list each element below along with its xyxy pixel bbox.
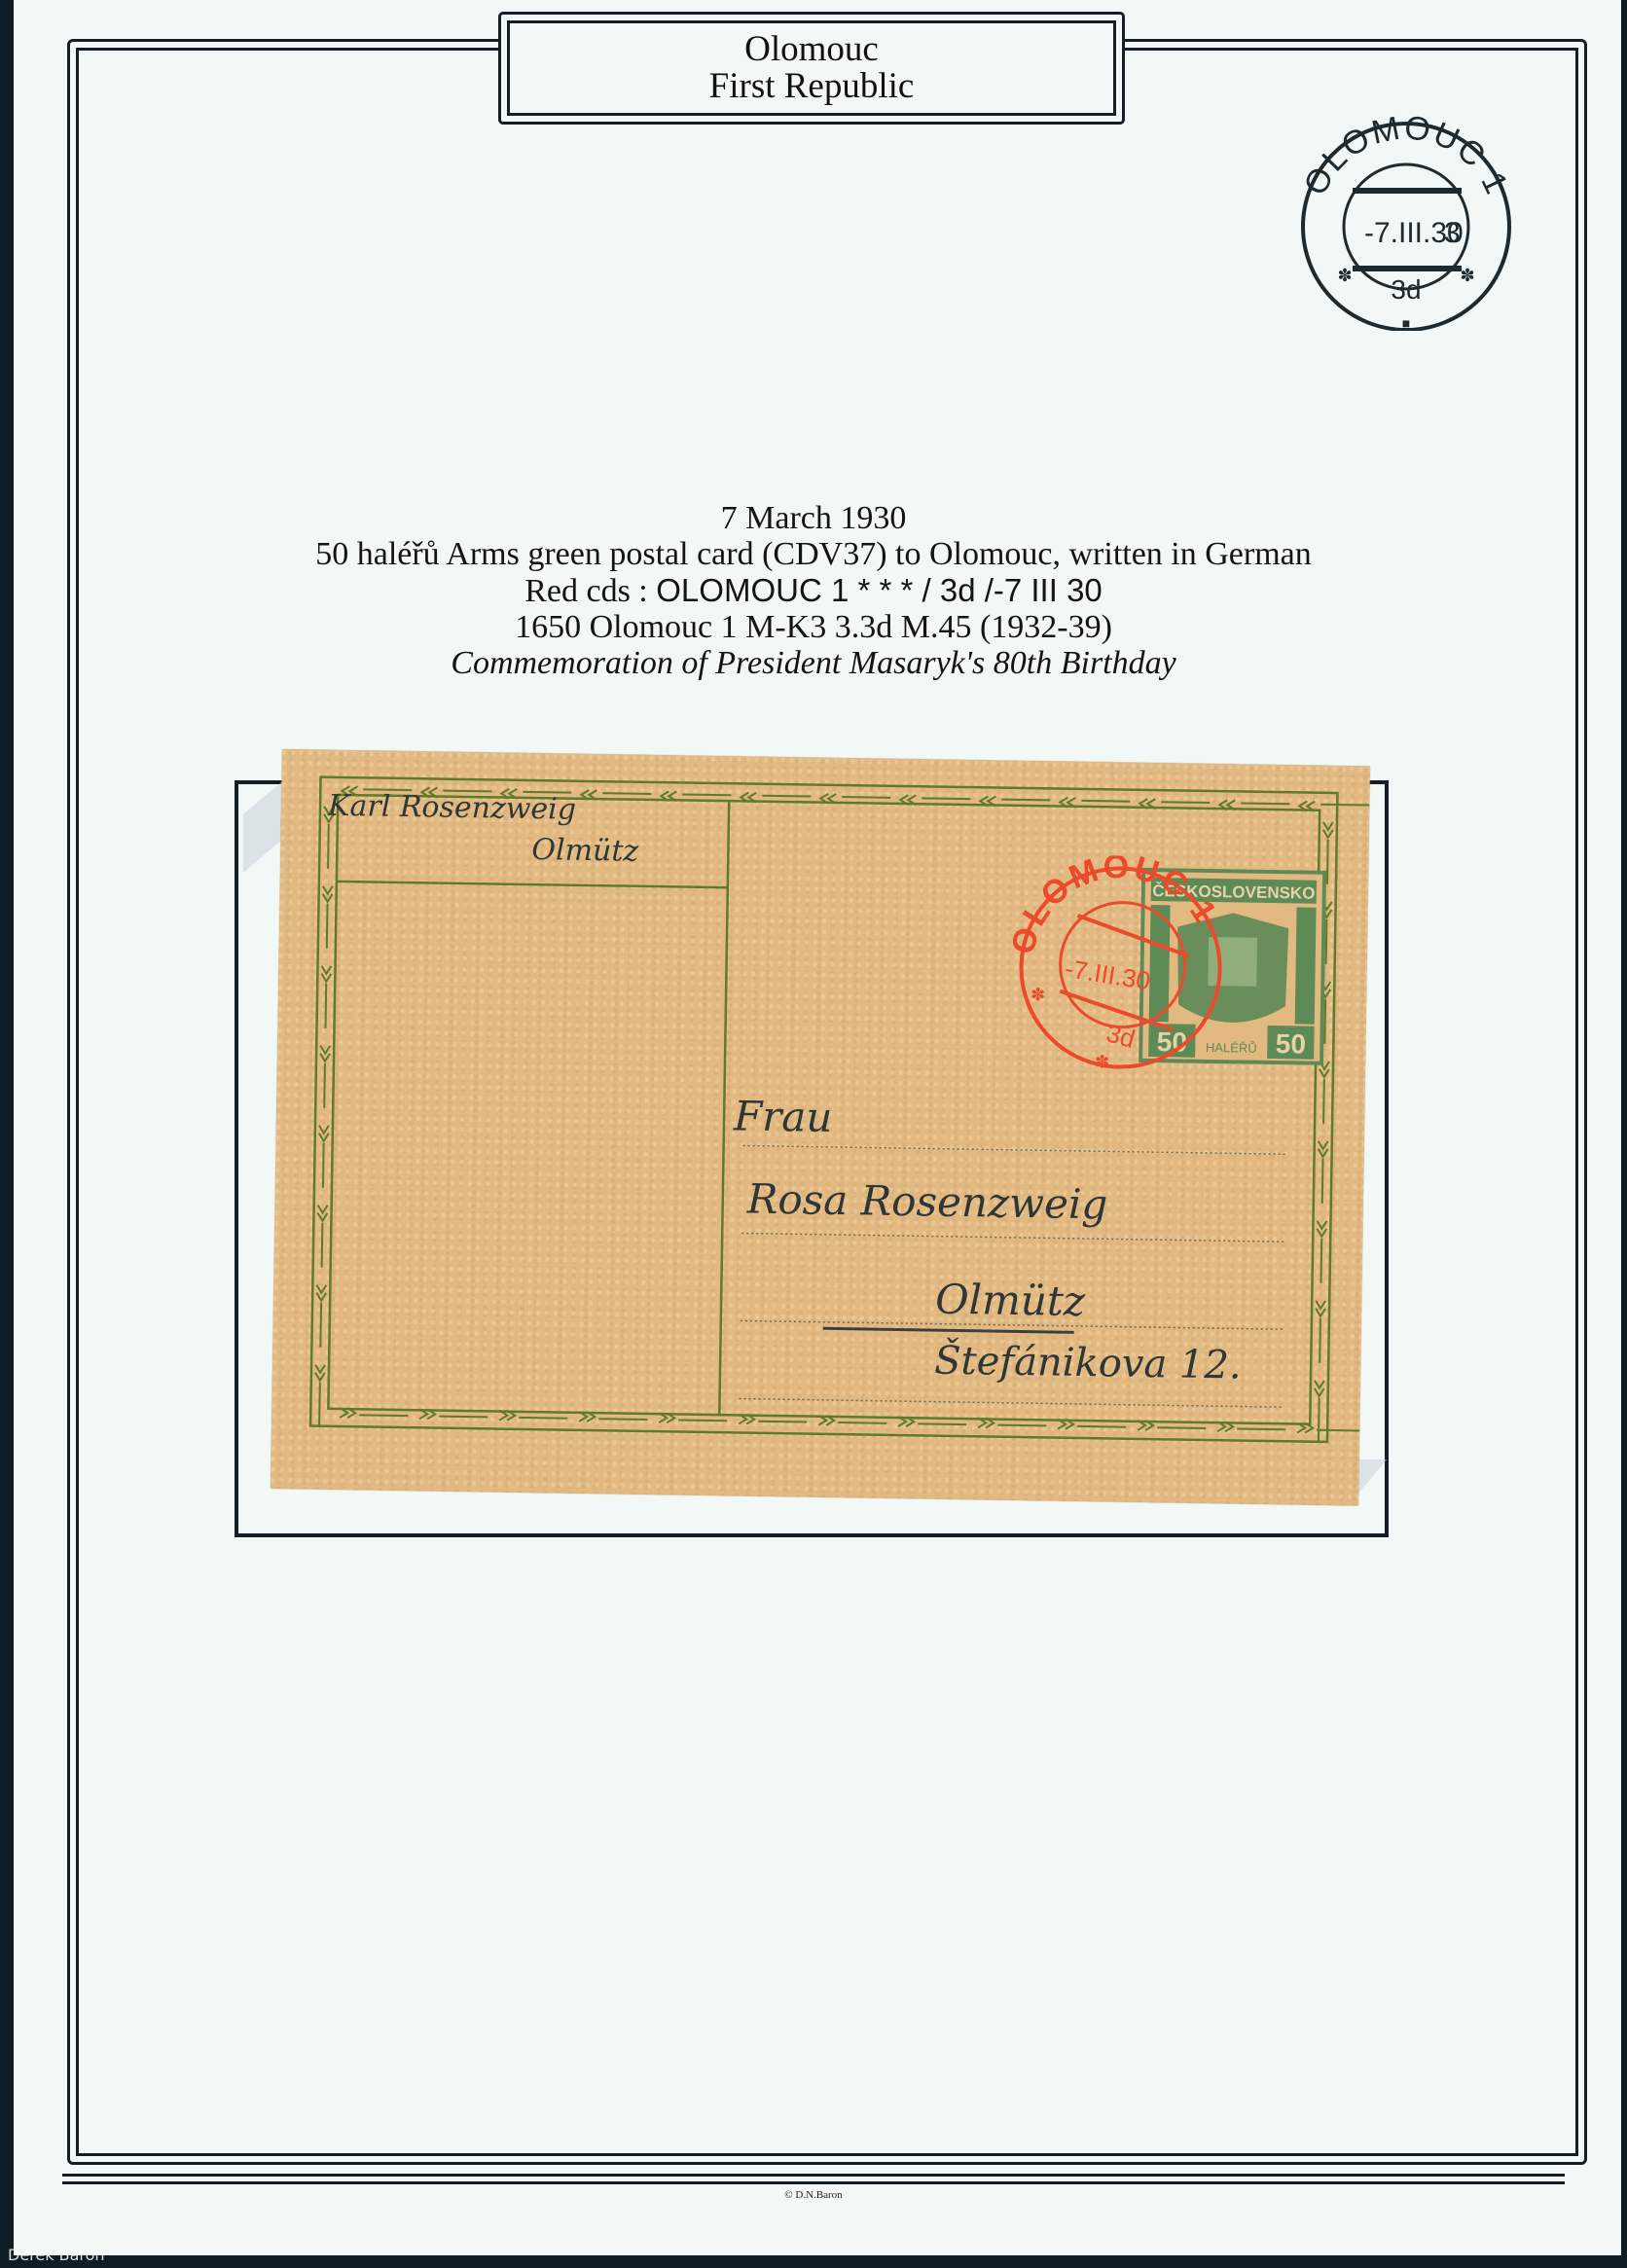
commemoration-note: Commemoration of President Masaryk's 80t… — [0, 645, 1627, 681]
svg-text:3: 3 — [1444, 217, 1461, 249]
sender-name: Karl Rosenzweig — [328, 789, 576, 827]
address-name: Rosa Rosenzweig — [746, 1175, 1107, 1229]
svg-text:50: 50 — [1276, 1028, 1307, 1059]
page-title: Olomouc — [744, 31, 879, 68]
watermark: Derek Baron — [8, 2246, 105, 2264]
postal-card: ČESKOSLOVENSKO 50 50 HALÉŘŮ OLOMOUC 1 -7… — [271, 749, 1370, 1505]
catalogue-reference: 1650 Olomouc 1 M-K3 3.3d M.45 (1932-39) — [0, 609, 1627, 645]
red-cancel: OLOMOUC 1 -7.III.30 3d ✽ ✽ — [1002, 854, 1239, 1072]
svg-text:OLOMOUC 1: OLOMOUC 1 — [1004, 854, 1226, 961]
cancel-text: OLOMOUC 1 * * * / 3d /-7 III 30 — [656, 572, 1103, 608]
cancel-description: Red cds : OLOMOUC 1 * * * / 3d /-7 III 3… — [0, 572, 1627, 609]
address-salutation: Frau — [734, 1092, 833, 1141]
address-street: Štefánikova 12. — [934, 1339, 1242, 1388]
svg-text:✽: ✽ — [1030, 985, 1045, 1004]
svg-text:3d: 3d — [1391, 274, 1421, 305]
svg-text:-7.III.30: -7.III.30 — [1064, 954, 1153, 995]
copyright: © D.N.Baron — [0, 2189, 1627, 2201]
item-description: 7 March 1930 50 haléřů Arms green postal… — [0, 500, 1627, 681]
page-subtitle: First Republic — [709, 68, 915, 105]
svg-text:■: ■ — [1402, 317, 1410, 331]
svg-text:3d: 3d — [1103, 1018, 1139, 1054]
black-postmark-illustration: OLOMOUC 1 -7.III.30 3 3d ✽ ✽ ■ — [1275, 112, 1533, 331]
footer-rule — [62, 2174, 1565, 2177]
svg-text:✽: ✽ — [1460, 266, 1474, 285]
title-box: Olomouc First Republic — [498, 12, 1125, 125]
address-town: Olmütz — [935, 1276, 1086, 1325]
footer-rule — [62, 2181, 1565, 2184]
svg-text:✽: ✽ — [1337, 266, 1352, 285]
svg-text:✽: ✽ — [1095, 1052, 1109, 1071]
item-date: 7 March 1930 — [0, 500, 1627, 536]
sender-town: Olmütz — [531, 833, 638, 869]
item-summary: 50 haléřů Arms green postal card (CDV37)… — [0, 536, 1627, 572]
